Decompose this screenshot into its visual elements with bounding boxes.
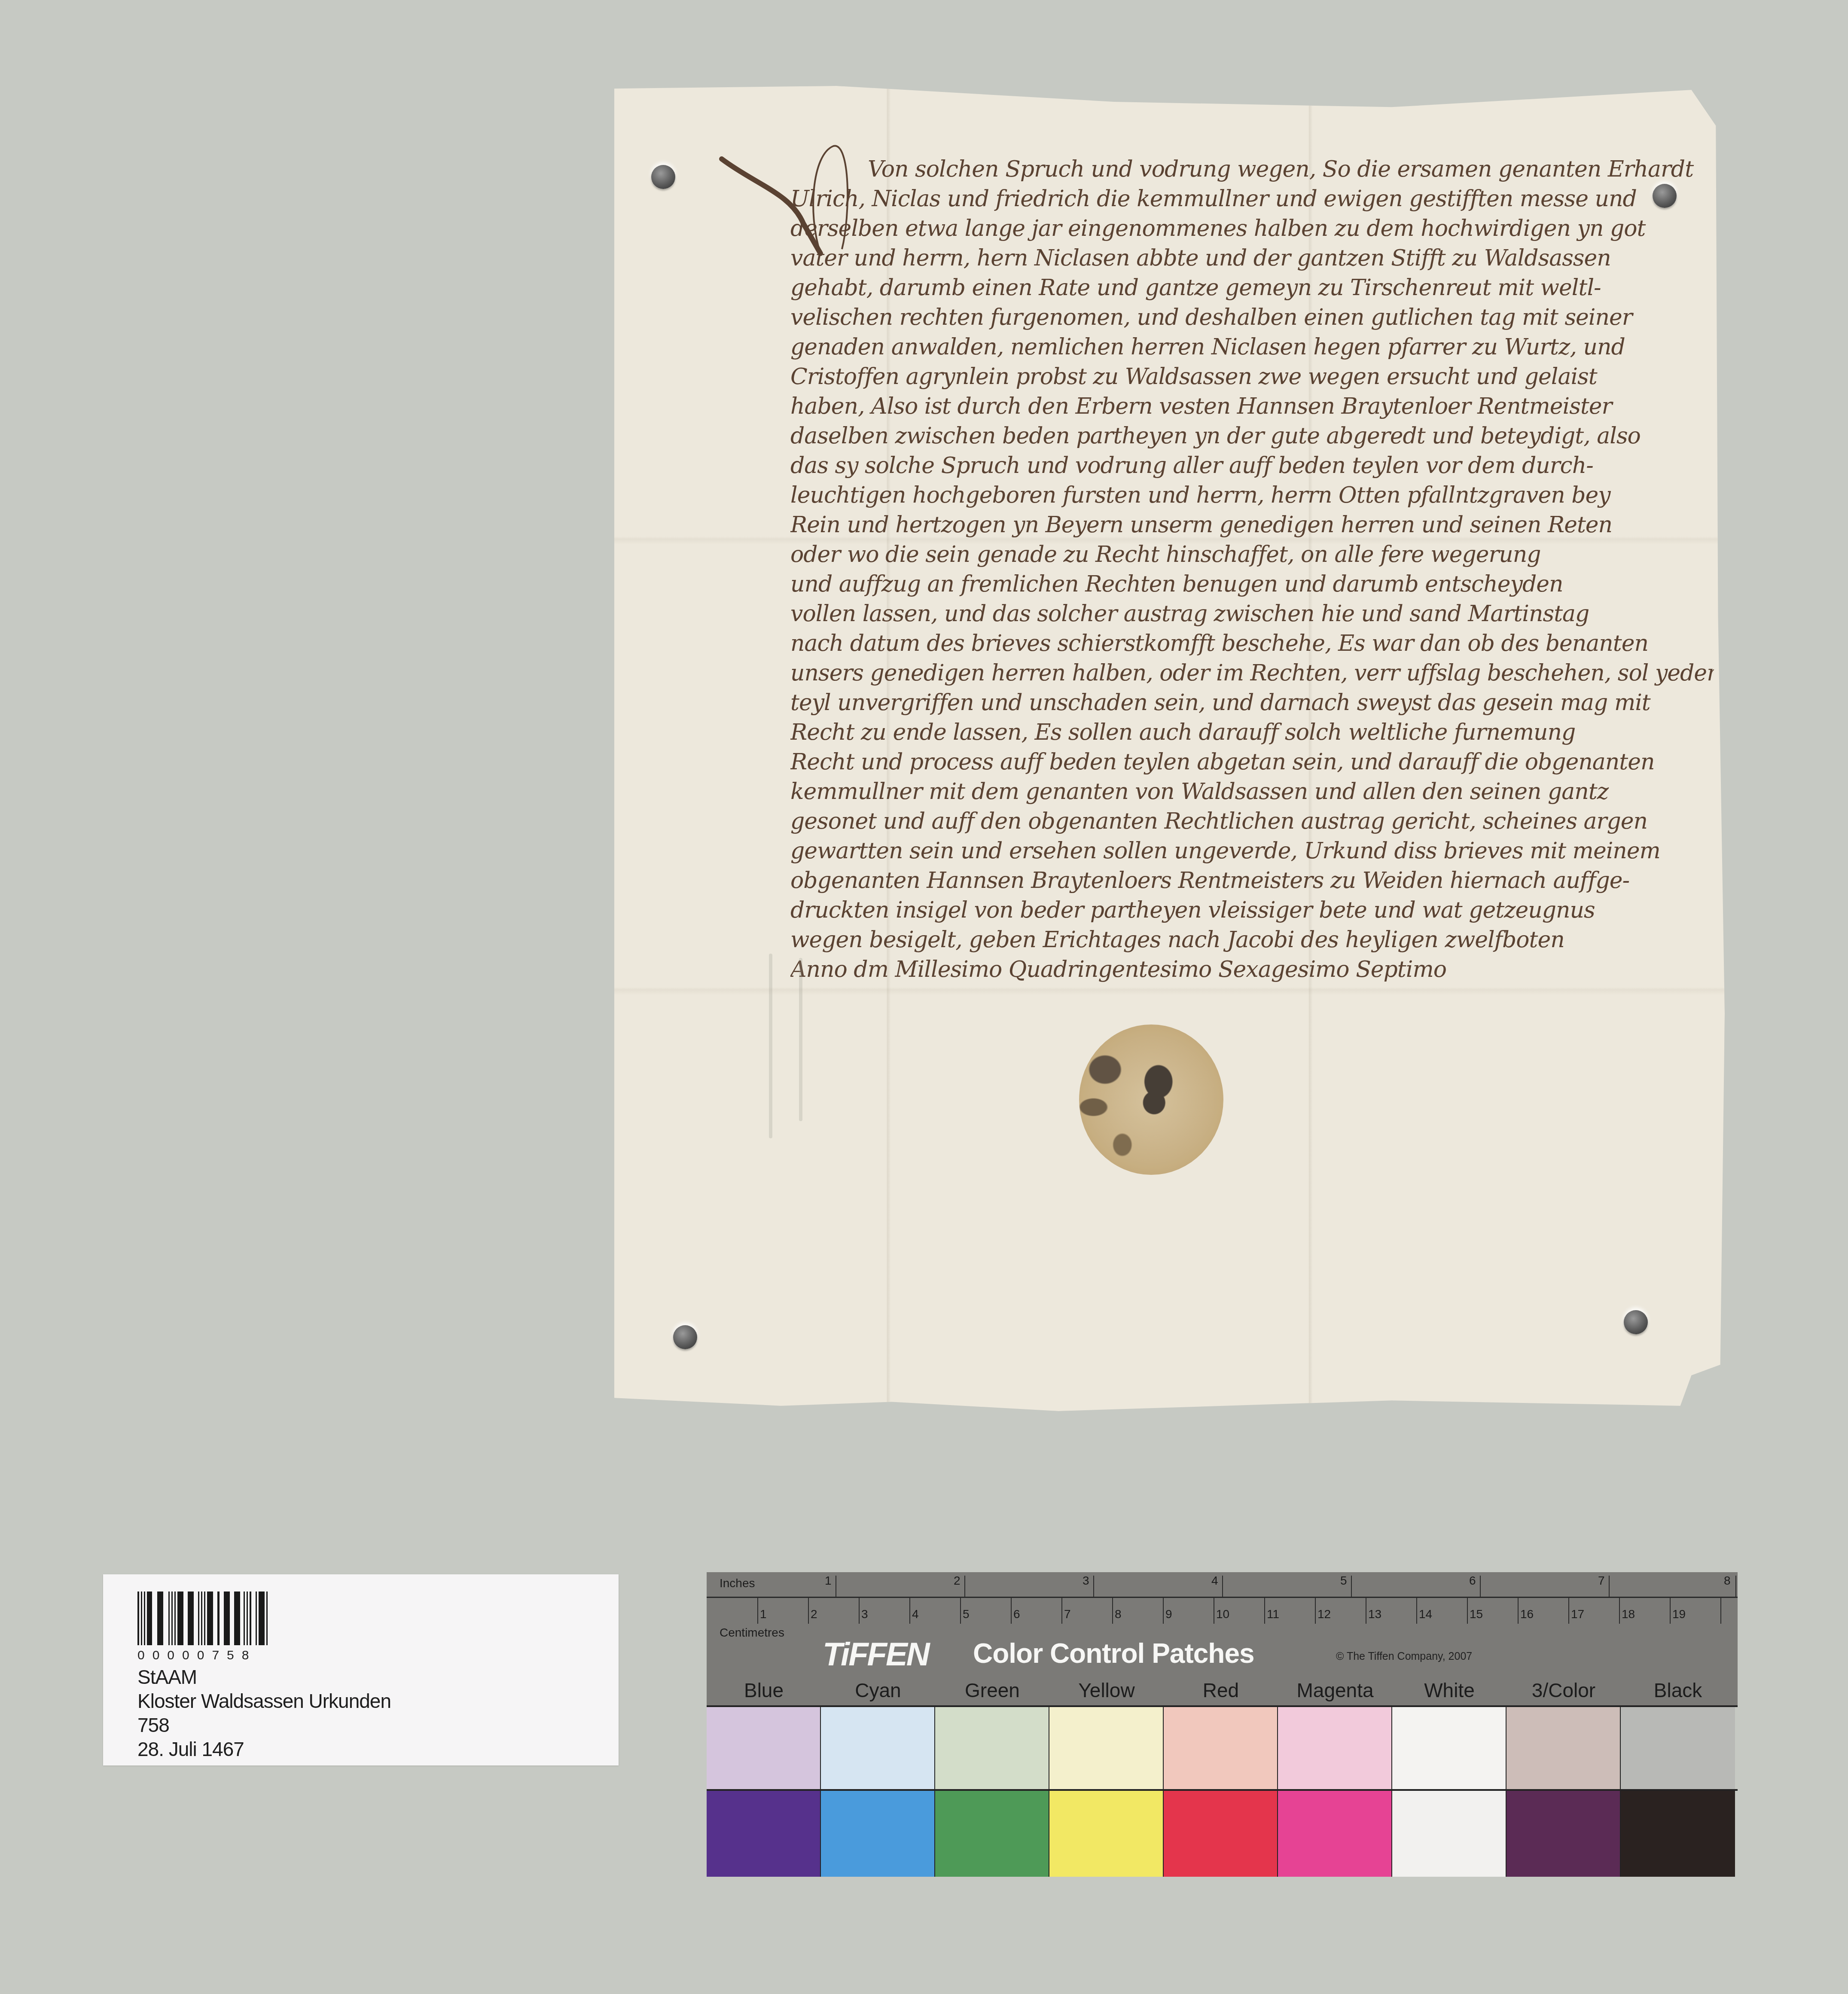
patch-label-blue: Blue xyxy=(707,1679,821,1702)
text-line: haben, Also ist durch den Erbern vesten … xyxy=(790,392,1714,421)
inch-tick-label: 5 xyxy=(1340,1574,1347,1588)
inch-tick-label: 1 xyxy=(825,1574,832,1588)
text-line: druckten insigel von beder partheyen vle… xyxy=(790,896,1714,925)
text-line: vollen lassen, und das solcher austrag z… xyxy=(790,599,1714,629)
inch-tick xyxy=(1222,1576,1223,1597)
patch-label-yellow: Yellow xyxy=(1049,1679,1164,1702)
cm-tick xyxy=(1670,1598,1671,1624)
color-control-chart: Inches 1 2 3 4 5 6 7 8 xyxy=(707,1572,1738,1877)
cm-tick-label: 1 xyxy=(760,1607,767,1621)
cm-tick xyxy=(1366,1598,1366,1624)
cm-tick xyxy=(757,1598,758,1624)
manuscript-text: Von solchen Spruch und vodrung wegen, So… xyxy=(790,155,1714,985)
cm-tick-label: 4 xyxy=(912,1607,919,1621)
cm-tick xyxy=(909,1598,910,1624)
cm-tick-label: 15 xyxy=(1470,1607,1483,1621)
inch-tick xyxy=(964,1576,965,1597)
archive-label-card: 00000758 StAAM Kloster Waldsassen Urkund… xyxy=(103,1574,619,1765)
cm-tick-label: 2 xyxy=(811,1607,817,1621)
copyright-notice: © The Tiffen Company, 2007 xyxy=(1336,1650,1472,1663)
inch-tick xyxy=(1609,1576,1610,1597)
text-line: daselben zwischen beden partheyen yn der… xyxy=(790,421,1714,451)
barcode-number: 00000758 xyxy=(137,1648,223,1663)
chart-title: Color Control Patches xyxy=(973,1637,1254,1669)
cm-tick xyxy=(1163,1598,1164,1624)
patch-3color-light xyxy=(1506,1707,1621,1791)
faint-notation xyxy=(769,954,772,1138)
cm-tick-label: 6 xyxy=(1013,1607,1020,1621)
mounting-rivet-bottom-left xyxy=(673,1325,697,1349)
light-patch-row xyxy=(707,1705,1738,1791)
cm-tick xyxy=(1518,1598,1519,1624)
patch-white-dark xyxy=(1392,1791,1506,1877)
chart-header: Inches 1 2 3 4 5 6 7 8 xyxy=(707,1572,1738,1705)
cm-tick-label: 18 xyxy=(1622,1607,1635,1621)
cm-tick xyxy=(808,1598,809,1624)
inch-tick-label: 6 xyxy=(1469,1574,1476,1588)
patch-label-white: White xyxy=(1392,1679,1506,1702)
cm-tick xyxy=(960,1598,961,1624)
cm-tick-label: 13 xyxy=(1368,1607,1381,1621)
text-line: Recht und process auff beden teylen abge… xyxy=(790,747,1714,777)
text-line: Recht zu ende lassen, Es sollen auch dar… xyxy=(790,718,1714,747)
wax-seal xyxy=(1079,1024,1223,1175)
patch-yellow-light xyxy=(1049,1707,1164,1791)
patch-red-dark xyxy=(1164,1791,1278,1877)
inch-tick-label: 2 xyxy=(954,1574,961,1588)
cm-tick-label: 8 xyxy=(1115,1607,1122,1621)
cm-tick xyxy=(1568,1598,1569,1624)
patch-red-light xyxy=(1164,1707,1278,1791)
text-line: unsers genedigen herren halben, oder im … xyxy=(790,659,1714,688)
patch-label-red: Red xyxy=(1164,1679,1278,1702)
text-line: Rein und hertzogen yn Beyern unserm gene… xyxy=(790,510,1714,540)
inch-tick-label: 7 xyxy=(1598,1574,1605,1588)
text-line: gesonet und auff den obgenanten Rechtlic… xyxy=(790,807,1714,836)
patch-label-cyan: Cyan xyxy=(821,1679,935,1702)
patch-magenta-dark xyxy=(1278,1791,1392,1877)
cm-tick xyxy=(1720,1598,1721,1624)
inch-tick xyxy=(1351,1576,1352,1597)
patch-3color-dark xyxy=(1506,1791,1621,1877)
patch-yellow-dark xyxy=(1049,1791,1164,1877)
cm-tick xyxy=(1214,1598,1214,1624)
patch-blue-dark xyxy=(707,1791,821,1877)
patch-label-magenta: Magenta xyxy=(1278,1679,1392,1702)
cm-tick xyxy=(1112,1598,1113,1624)
cm-tick-label: 14 xyxy=(1419,1607,1432,1621)
faint-notation xyxy=(799,958,802,1121)
cm-tick-label: 17 xyxy=(1571,1607,1584,1621)
patch-blue-light xyxy=(707,1707,821,1791)
inch-tick xyxy=(836,1576,836,1597)
inches-label: Inches xyxy=(720,1576,755,1590)
text-line: genaden anwalden, nemlichen herren Nicla… xyxy=(790,332,1714,362)
inch-tick xyxy=(1480,1576,1481,1597)
cm-tick-label: 7 xyxy=(1064,1607,1071,1621)
text-line: velischen rechten furgenomen, und deshal… xyxy=(790,303,1714,332)
cm-tick xyxy=(1264,1598,1265,1624)
text-line: nach datum des brieves schierstkomfft be… xyxy=(790,629,1714,659)
document-number: 758 xyxy=(137,1713,169,1737)
patch-cyan-dark xyxy=(821,1791,935,1877)
text-line: das sy solche Spruch und vodrung aller a… xyxy=(790,451,1714,481)
text-line: Von solchen Spruch und vodrung wegen, So… xyxy=(790,155,1714,184)
cm-tick xyxy=(1467,1598,1468,1624)
dark-patch-row xyxy=(707,1789,1738,1877)
inch-tick-label: 8 xyxy=(1724,1574,1731,1588)
cm-tick xyxy=(1416,1598,1417,1624)
cm-tick-label: 3 xyxy=(861,1607,868,1621)
text-line: obgenanten Hannsen Braytenloers Rentmeis… xyxy=(790,866,1714,896)
mounting-rivet-top-left xyxy=(651,165,675,189)
patch-label-green: Green xyxy=(935,1679,1049,1702)
patch-black-dark xyxy=(1621,1791,1735,1877)
cm-tick-label: 11 xyxy=(1267,1607,1279,1621)
patch-label-3color: 3/Color xyxy=(1506,1679,1621,1702)
text-line: Ulrich, Niclas und friedrich die kemmull… xyxy=(790,184,1714,214)
text-line: Cristoffen agrynlein probst zu Waldsasse… xyxy=(790,362,1714,392)
text-line: kemmullner mit dem genanten von Waldsass… xyxy=(790,777,1714,807)
text-line: teyl unvergriffen und unschaden sein, un… xyxy=(790,688,1714,718)
patch-label-black: Black xyxy=(1621,1679,1735,1702)
cm-tick xyxy=(1011,1598,1012,1624)
text-line: oder wo die sein genade zu Recht hinscha… xyxy=(790,540,1714,570)
centimetres-label: Centimetres xyxy=(720,1626,784,1640)
cm-tick-label: 19 xyxy=(1672,1607,1686,1621)
inch-tick-label: 4 xyxy=(1211,1574,1218,1588)
text-line: und auffzug an fremlichen Rechten benuge… xyxy=(790,570,1714,599)
cm-tick xyxy=(1315,1598,1316,1624)
cm-tick xyxy=(859,1598,860,1624)
text-line: gewartten sein und ersehen sollen ungeve… xyxy=(790,836,1714,866)
text-line: leuchtigen hochgeboren fursten und herrn… xyxy=(790,481,1714,510)
mounting-rivet-bottom-right xyxy=(1624,1310,1648,1334)
text-line: Anno dm Millesimo Quadringentesimo Sexag… xyxy=(790,955,1714,985)
cm-tick xyxy=(1061,1598,1062,1624)
patch-green-light xyxy=(935,1707,1049,1791)
cm-tick xyxy=(1619,1598,1620,1624)
collection-name: Kloster Waldsassen Urkunden xyxy=(137,1689,391,1713)
cm-tick-label: 16 xyxy=(1520,1607,1534,1621)
text-line: vater und herrn, hern Niclasen abbte und… xyxy=(790,244,1714,273)
patch-green-dark xyxy=(935,1791,1049,1877)
text-line: derselben etwa lange jar eingenommenes h… xyxy=(790,214,1714,244)
inch-tick-label: 3 xyxy=(1083,1574,1089,1588)
patch-white-light xyxy=(1392,1707,1506,1791)
inch-tick xyxy=(1093,1576,1094,1597)
text-line: wegen besigelt, geben Erichtages nach Ja… xyxy=(790,925,1714,955)
document-date: 28. Juli 1467 xyxy=(137,1738,244,1761)
barcode xyxy=(137,1592,269,1645)
cm-tick-label: 12 xyxy=(1317,1607,1331,1621)
cm-tick-label: 10 xyxy=(1216,1607,1229,1621)
inch-tick xyxy=(1735,1576,1736,1597)
text-line: gehabt, darumb einen Rate und gantze gem… xyxy=(790,273,1714,303)
cm-tick-label: 5 xyxy=(963,1607,970,1621)
patch-cyan-light xyxy=(821,1707,935,1791)
patch-black-light xyxy=(1621,1707,1735,1791)
archive-name: StAAM xyxy=(137,1665,197,1689)
cm-tick-label: 9 xyxy=(1165,1607,1172,1621)
tiffen-logo: TiFFEN xyxy=(823,1636,929,1673)
patch-magenta-light xyxy=(1278,1707,1392,1791)
